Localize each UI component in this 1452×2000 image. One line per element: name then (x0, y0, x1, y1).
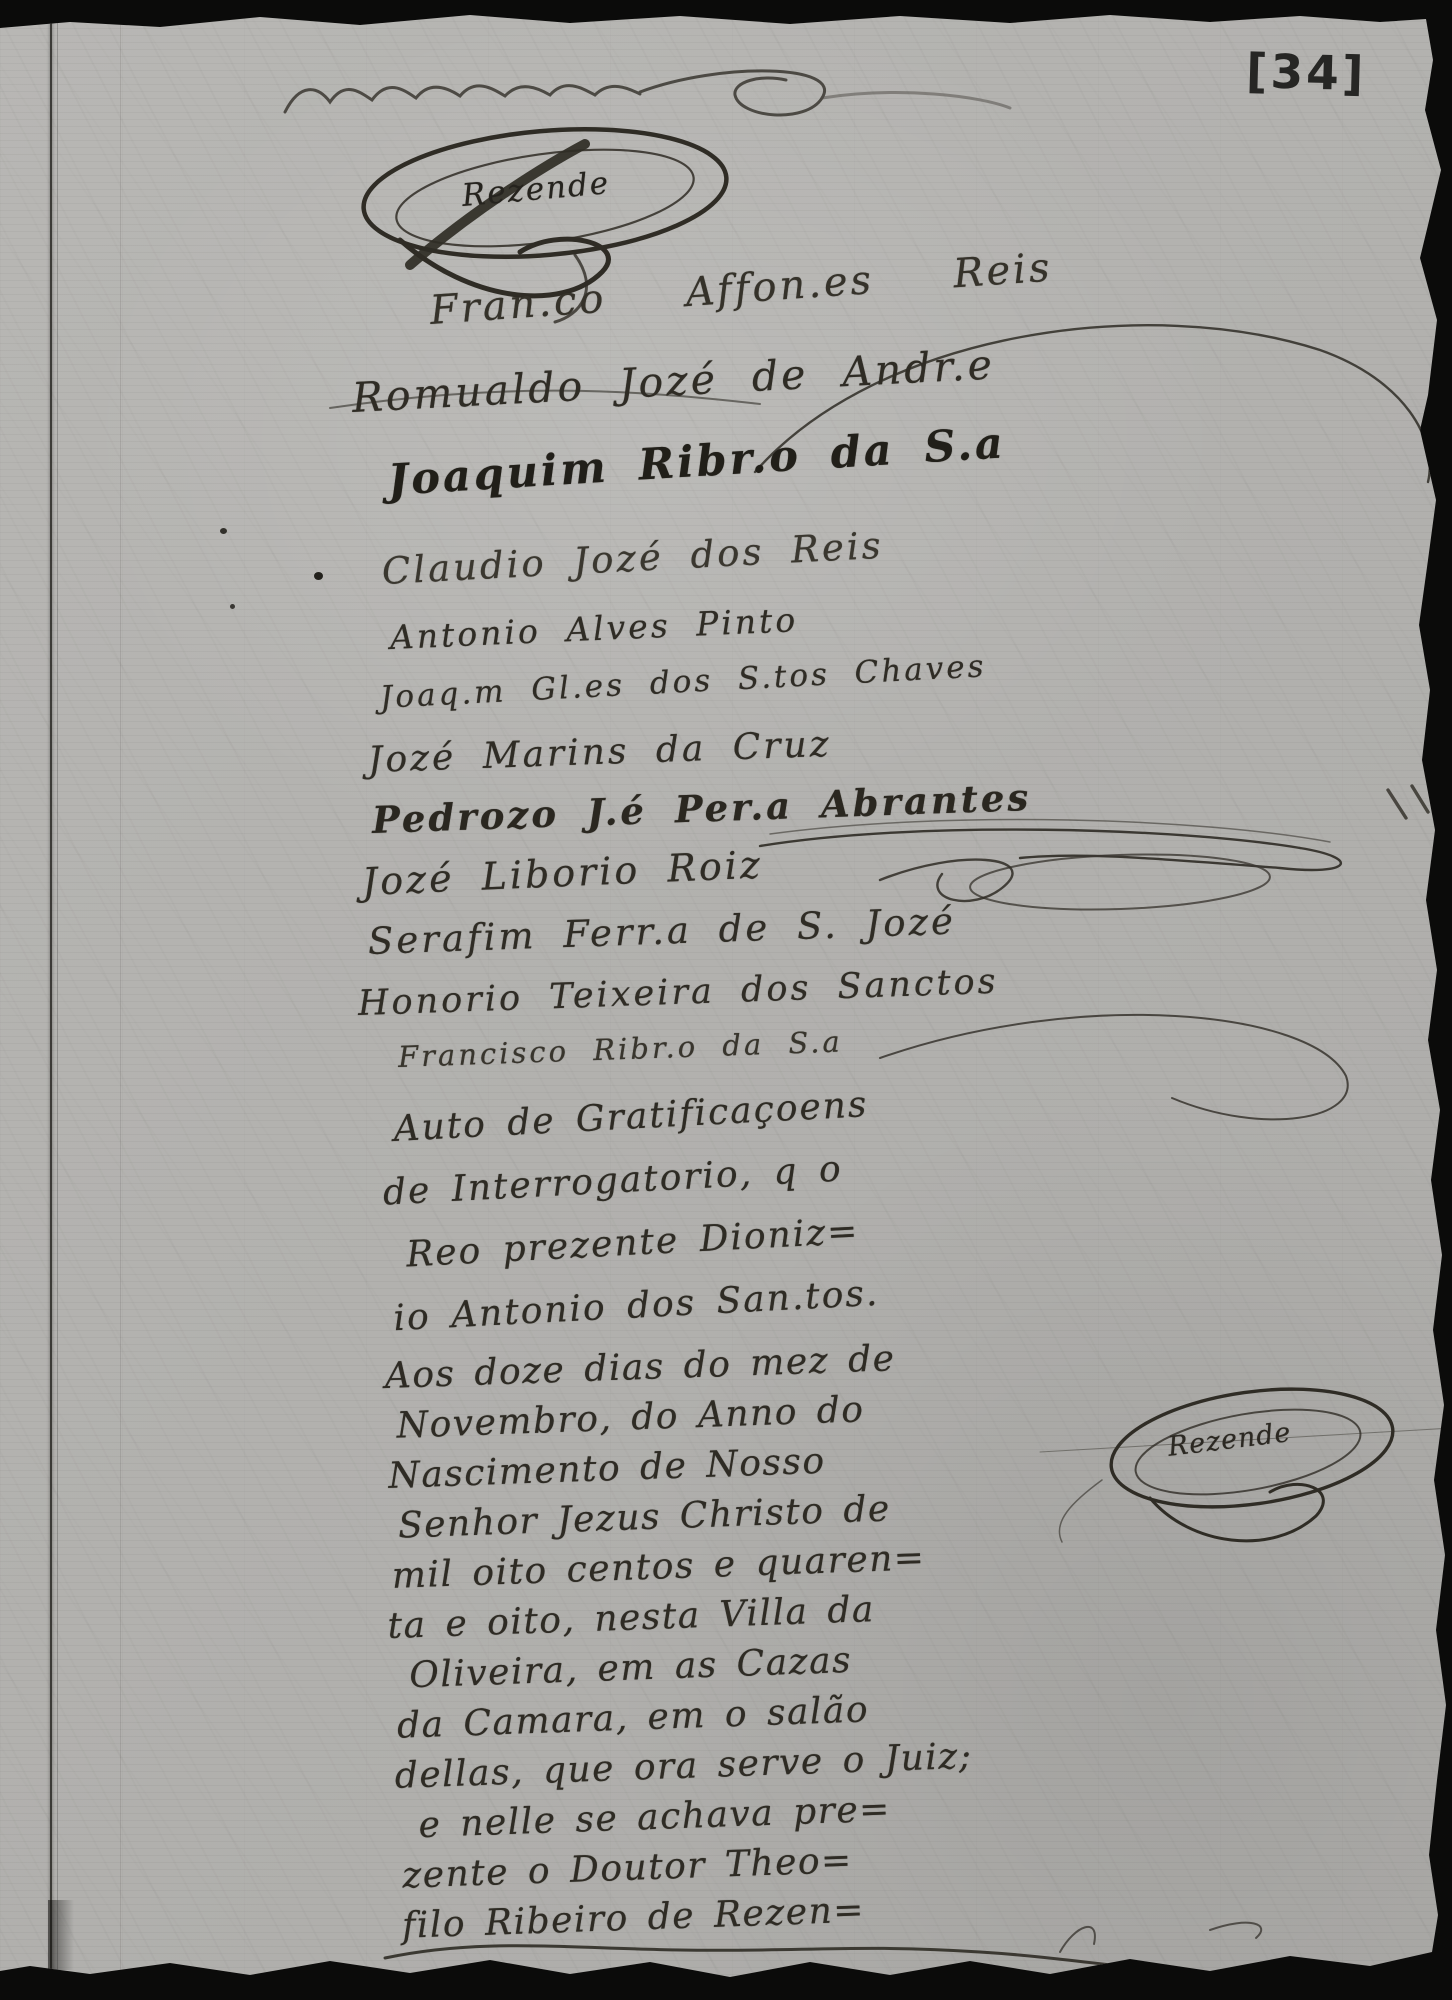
ink-speck (230, 604, 235, 609)
ink-speck (314, 572, 323, 580)
fold-shadow-bottom (48, 1900, 74, 1970)
ink-speck (220, 528, 227, 534)
auto-heading-paragraph: Auto de Gratificaçoens de Interrogatorio… (392, 1073, 881, 1350)
vertical-fold-crease (50, 20, 52, 2000)
ink-speck (452, 12, 456, 16)
scanned-manuscript-page: [34] Rezende Rezende Fran.co Affon.es Re… (0, 0, 1452, 2000)
paper-sheet: [34] Rezende Rezende Fran.co Affon.es Re… (0, 0, 1452, 2000)
page-number: [34] (1245, 44, 1367, 102)
body-paragraph: Aos doze dias do mez de Novembro, do Ann… (384, 1332, 978, 1952)
vertical-fold-crease-faint (57, 20, 58, 2000)
vertical-crease-faint (120, 20, 121, 2000)
